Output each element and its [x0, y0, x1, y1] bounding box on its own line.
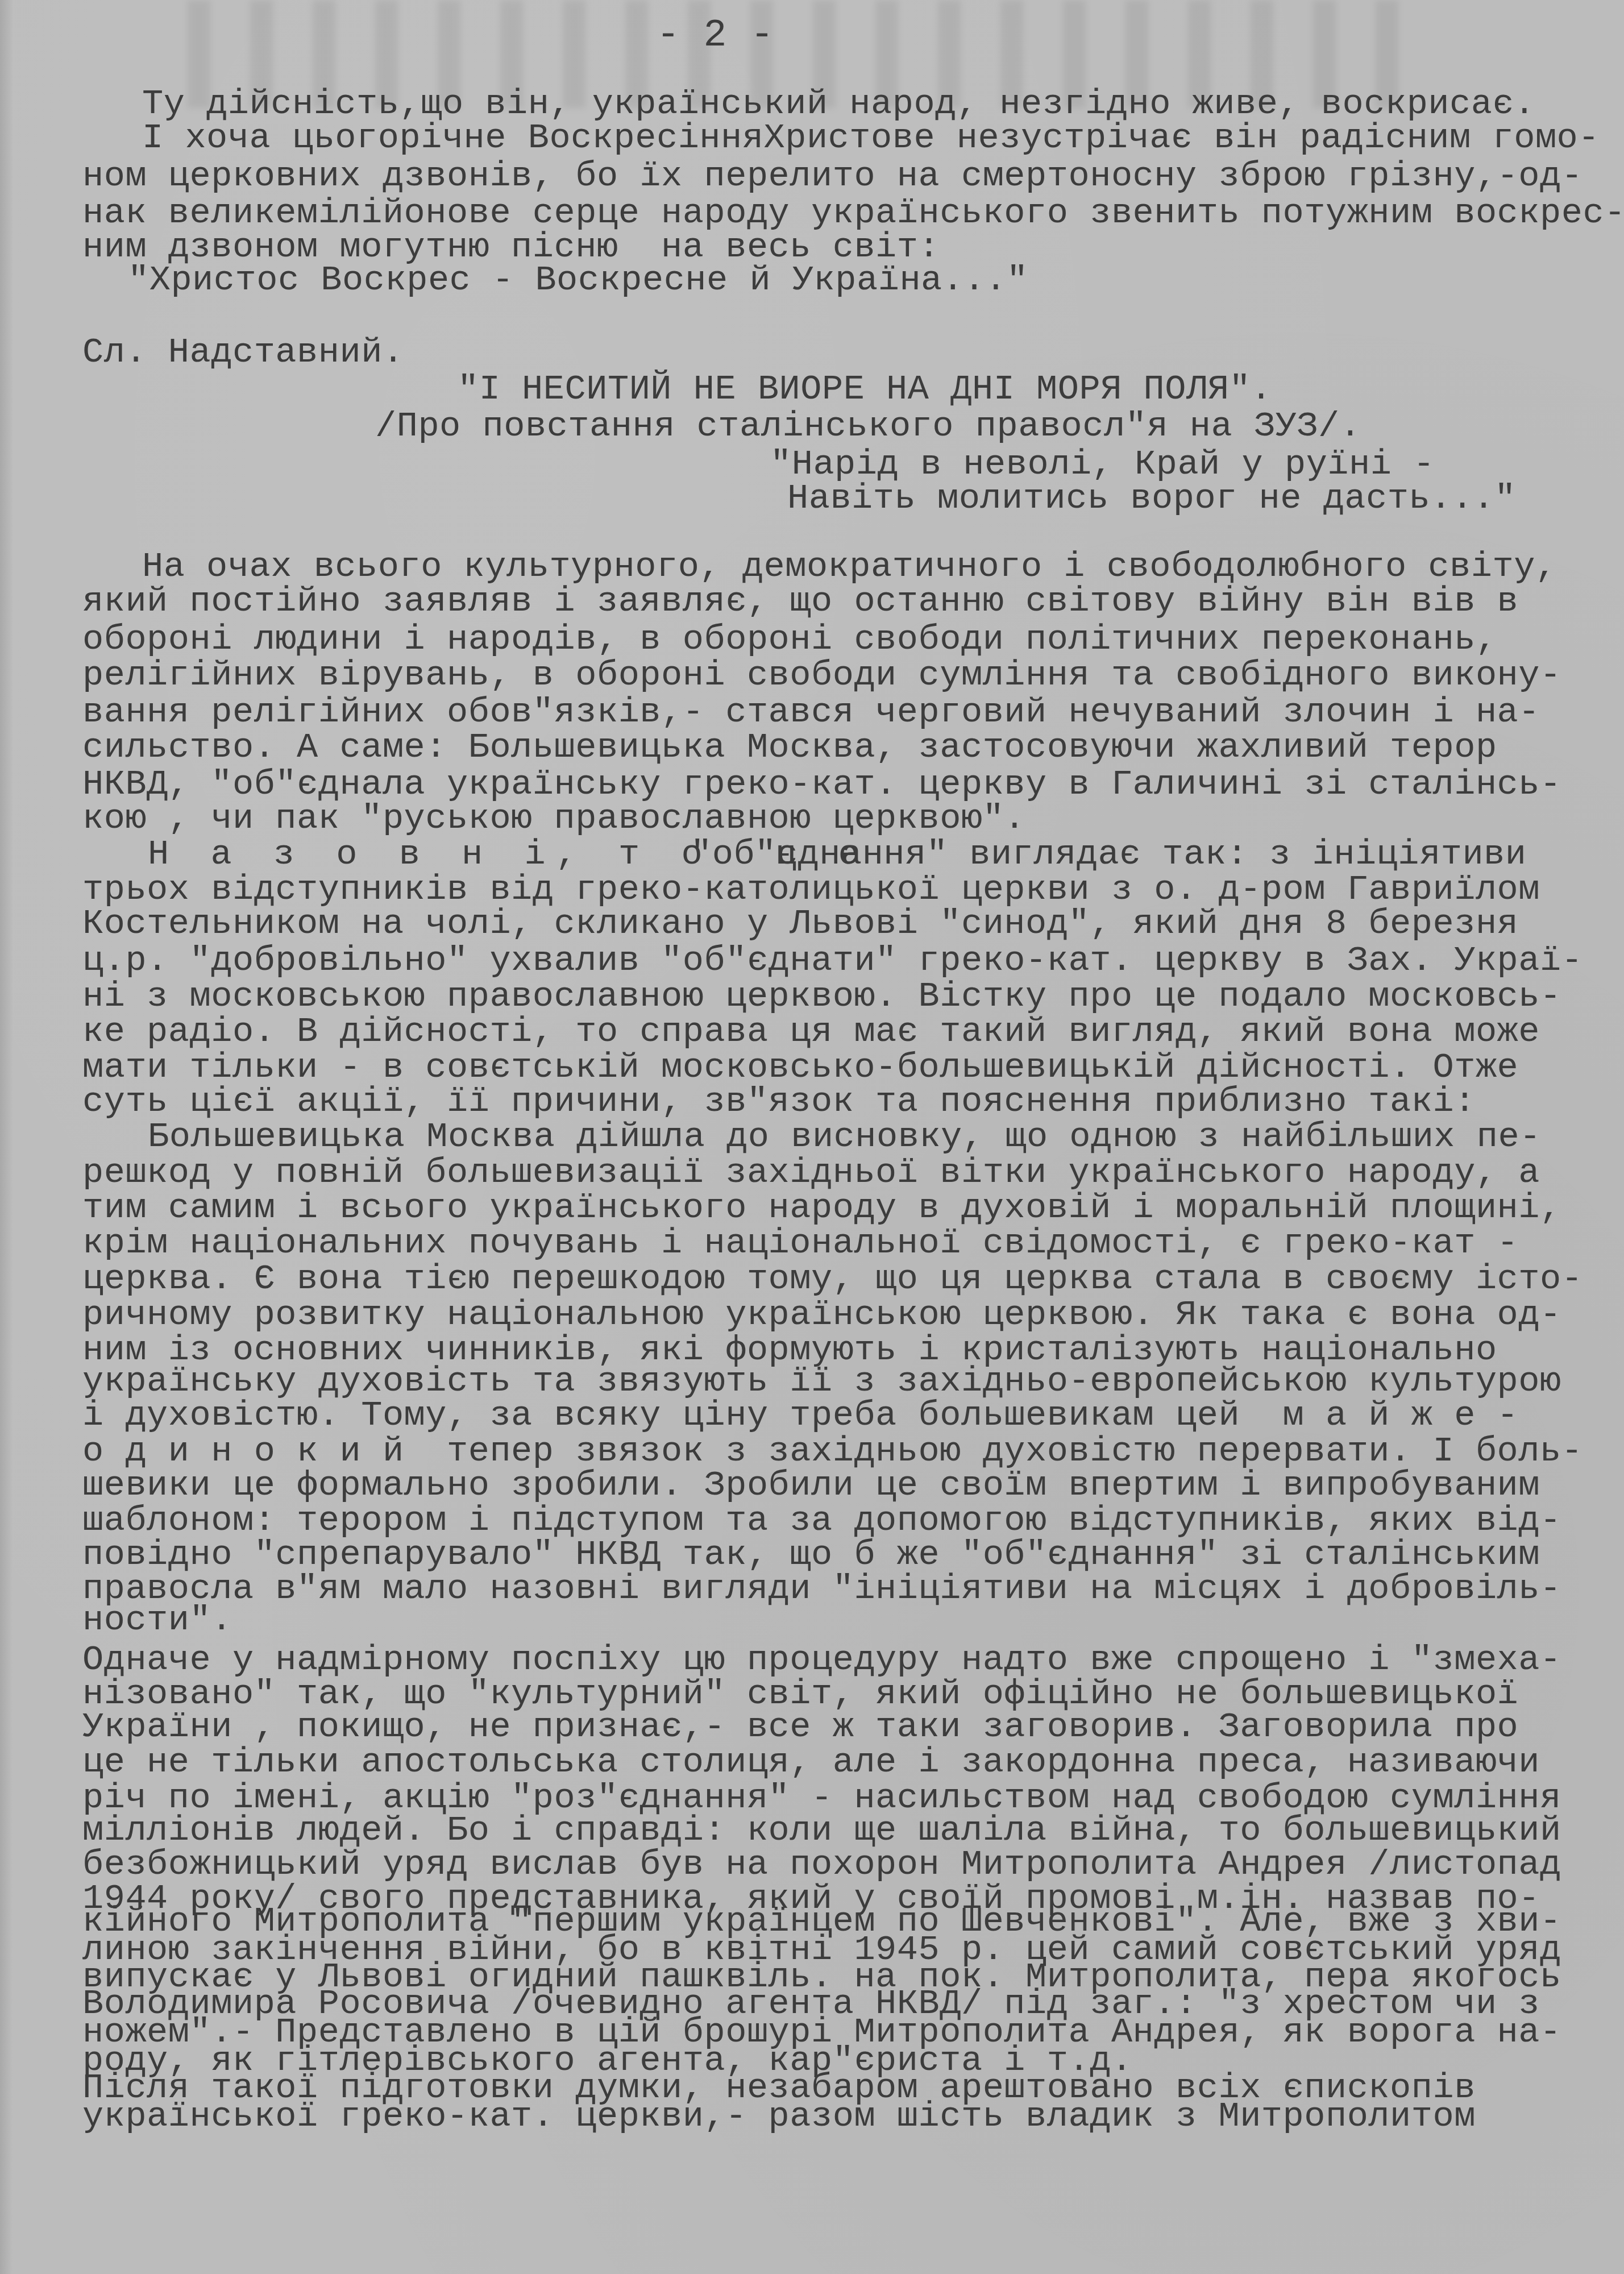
body-line: решкод у повній большевизації західньої … — [82, 1153, 1540, 1193]
body-line: правосла в"ям мало назовні вигляди "ініц… — [82, 1569, 1561, 1609]
body-line: це не тільки апостольська столиця, але і… — [82, 1742, 1540, 1782]
body-line: крім національних почувань і національно… — [82, 1223, 1518, 1263]
intro-line: ном церковних дзвонів, бо їх перелито на… — [82, 156, 1583, 196]
body-line: який постійно заявляв і заявляє, що оста… — [82, 582, 1518, 621]
body-line: шевики це формально зробили. Зробили це … — [82, 1466, 1540, 1505]
document-page: - 2 - Ту дійсність,що він, український н… — [0, 0, 1624, 2274]
body-line: сильство. А саме: Большевицька Москва, з… — [82, 728, 1497, 767]
body-line: української греко-кат. церкви,- разом ші… — [82, 2097, 1476, 2136]
intro-line: І хоча цьогорічне ВоскресінняХристове не… — [142, 118, 1600, 158]
body-line: Большевицька Москва дійшла до висновку, … — [148, 1117, 1541, 1157]
body-line: України , покищо, не признає,- все ж так… — [82, 1707, 1518, 1747]
body-line: ричному розвитку національною українсько… — [82, 1295, 1561, 1335]
body-line: ц.р. "добровільно" ухвалив "об"єднати" г… — [82, 941, 1583, 981]
epigraph-line: Навіть молитись ворог не дасть..." — [787, 479, 1516, 518]
body-line: тим самим і всього українського народу в… — [82, 1188, 1561, 1228]
page-number: - 2 - — [657, 16, 774, 56]
body-line: ности". — [82, 1600, 232, 1640]
author-signature: Сл. Надставний. — [82, 333, 404, 372]
body-line: релігійних вірувань, в обороні свободи с… — [82, 655, 1561, 695]
body-line: і духовістю. Тому, за всяку ціну треба б… — [82, 1396, 1518, 1435]
article-title: "І НЕСИТИЙ НЕ ВИОРЕ НА ДНІ МОРЯ ПОЛЯ". — [458, 370, 1272, 409]
body-line: Костельником на чолі, скликано у Львові … — [82, 904, 1518, 944]
body-line: ні з московською православною церквою. В… — [82, 977, 1561, 1016]
body-line: ке радіо. В дійсності, то справа ця має … — [82, 1012, 1540, 1052]
body-line: "об"єднання" виглядає так: з ініціятиви — [691, 835, 1527, 874]
intro-quote: "Христос Воскрес - Воскресне й Україна..… — [128, 260, 1028, 300]
article-subtitle: /Про повстання сталінського правосл"я на… — [375, 406, 1361, 446]
body-line: вання релігійних обов"язків,- стався чер… — [82, 692, 1540, 732]
body-line: церква. Є вона тією перешкодою тому, що … — [82, 1259, 1583, 1299]
body-line: обороні людини і народів, в обороні своб… — [82, 620, 1497, 659]
body-line: кою , чи пак "руською православною церкв… — [82, 799, 1025, 839]
body-line: суть цієї акції, її причини, зв"язок та … — [82, 1082, 1476, 1122]
page-edge-shadow — [0, 0, 13, 2274]
